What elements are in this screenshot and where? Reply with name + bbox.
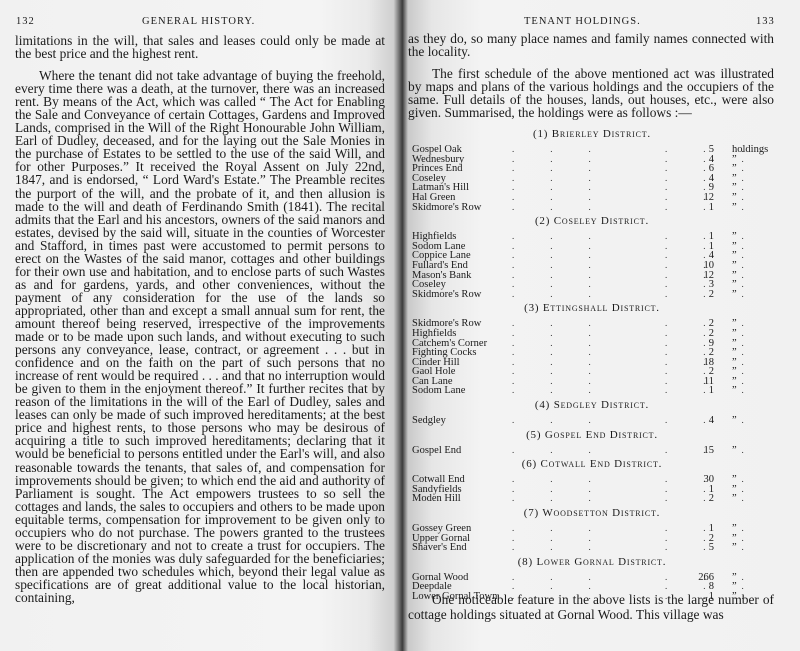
- leader-dots: ... ... ... ...: [512, 446, 800, 456]
- running-head: GENERAL HISTORY.: [142, 16, 255, 27]
- left-body-text: limitations in the will, that sales and …: [15, 34, 385, 613]
- holding-row: Skidmore's Row... ... ... ...1”: [412, 203, 772, 213]
- leader-dots: ... ... ... ...: [512, 416, 800, 426]
- district-heading: (3) Ettingshall District.: [412, 302, 772, 314]
- holding-row: Moden Hill... ... ... ...2”: [412, 494, 772, 504]
- running-head: TENANT HOLDINGS.: [524, 16, 641, 27]
- place-name: Gospel End: [412, 446, 461, 456]
- paragraph: One noticeable feature in the above list…: [408, 592, 774, 622]
- place-name: Skidmore's Row: [412, 290, 481, 300]
- place-name: Sodom Lane: [412, 386, 465, 396]
- district-heading: (1) Brierley District.: [412, 128, 772, 140]
- district-heading: (6) Cotwall End District.: [412, 458, 772, 470]
- holding-count: 15: [696, 446, 714, 456]
- holding-unit: ”: [732, 203, 737, 213]
- holding-row: Sodom Lane... ... ... ...1”: [412, 386, 772, 396]
- district-heading: (5) Gospel End District.: [412, 429, 772, 441]
- leader-dots: ... ... ... ...: [512, 203, 800, 213]
- district-heading: (8) Lower Gornal District.: [412, 556, 772, 568]
- book-spread: 132 GENERAL HISTORY. limitations in the …: [0, 0, 800, 651]
- leader-dots: ... ... ... ...: [512, 543, 800, 553]
- holding-row: Sedgley... ... ... ...4”: [412, 416, 772, 426]
- holding-row: Shaver's End... ... ... ...5”: [412, 543, 772, 553]
- paragraph: as they do, so many place names and fami…: [408, 32, 774, 58]
- holding-count: 4: [696, 416, 714, 426]
- holding-count: 2: [696, 494, 714, 504]
- holding-row: Gospel End... ... ... ...15”: [412, 446, 772, 456]
- leader-dots: ... ... ... ...: [512, 386, 800, 396]
- left-page: 132 GENERAL HISTORY. limitations in the …: [0, 0, 400, 651]
- holding-unit: ”: [732, 543, 737, 553]
- page-number: 133: [756, 16, 775, 27]
- leader-dots: ... ... ... ...: [512, 290, 800, 300]
- holding-unit: ”: [732, 290, 737, 300]
- page-number: 132: [16, 16, 35, 27]
- holding-row: Skidmore's Row... ... ... ...2”: [412, 290, 772, 300]
- district-heading: (7) Woodsetton District.: [412, 507, 772, 519]
- holdings-schedule: (1) Brierley District.Gospel Oak... ... …: [412, 125, 772, 602]
- district-heading: (2) Coseley District.: [412, 215, 772, 227]
- holding-unit: ”: [732, 446, 737, 456]
- holding-count: 5: [696, 543, 714, 553]
- closing-text: One noticeable feature in the above list…: [408, 592, 774, 622]
- paragraph: limitations in the will, that sales and …: [15, 34, 385, 60]
- place-name: Skidmore's Row: [412, 203, 481, 213]
- right-body-text: as they do, so many place names and fami…: [408, 32, 774, 128]
- place-name: Moden Hill: [412, 494, 461, 504]
- paragraph: Where the tenant did not take advantage …: [15, 69, 385, 604]
- right-page: TENANT HOLDINGS. 133 as they do, so many…: [400, 0, 800, 651]
- holding-count: 1: [696, 386, 714, 396]
- place-name: Shaver's End: [412, 543, 467, 553]
- holding-unit: ”: [732, 386, 737, 396]
- holding-count: 1: [696, 203, 714, 213]
- district-heading: (4) Sedgley District.: [412, 399, 772, 411]
- place-name: Sedgley: [412, 416, 446, 426]
- leader-dots: ... ... ... ...: [512, 494, 800, 504]
- holding-unit: ”: [732, 494, 737, 504]
- holding-unit: ”: [732, 416, 737, 426]
- paragraph: The first schedule of the above mentione…: [408, 67, 774, 119]
- holding-count: 2: [696, 290, 714, 300]
